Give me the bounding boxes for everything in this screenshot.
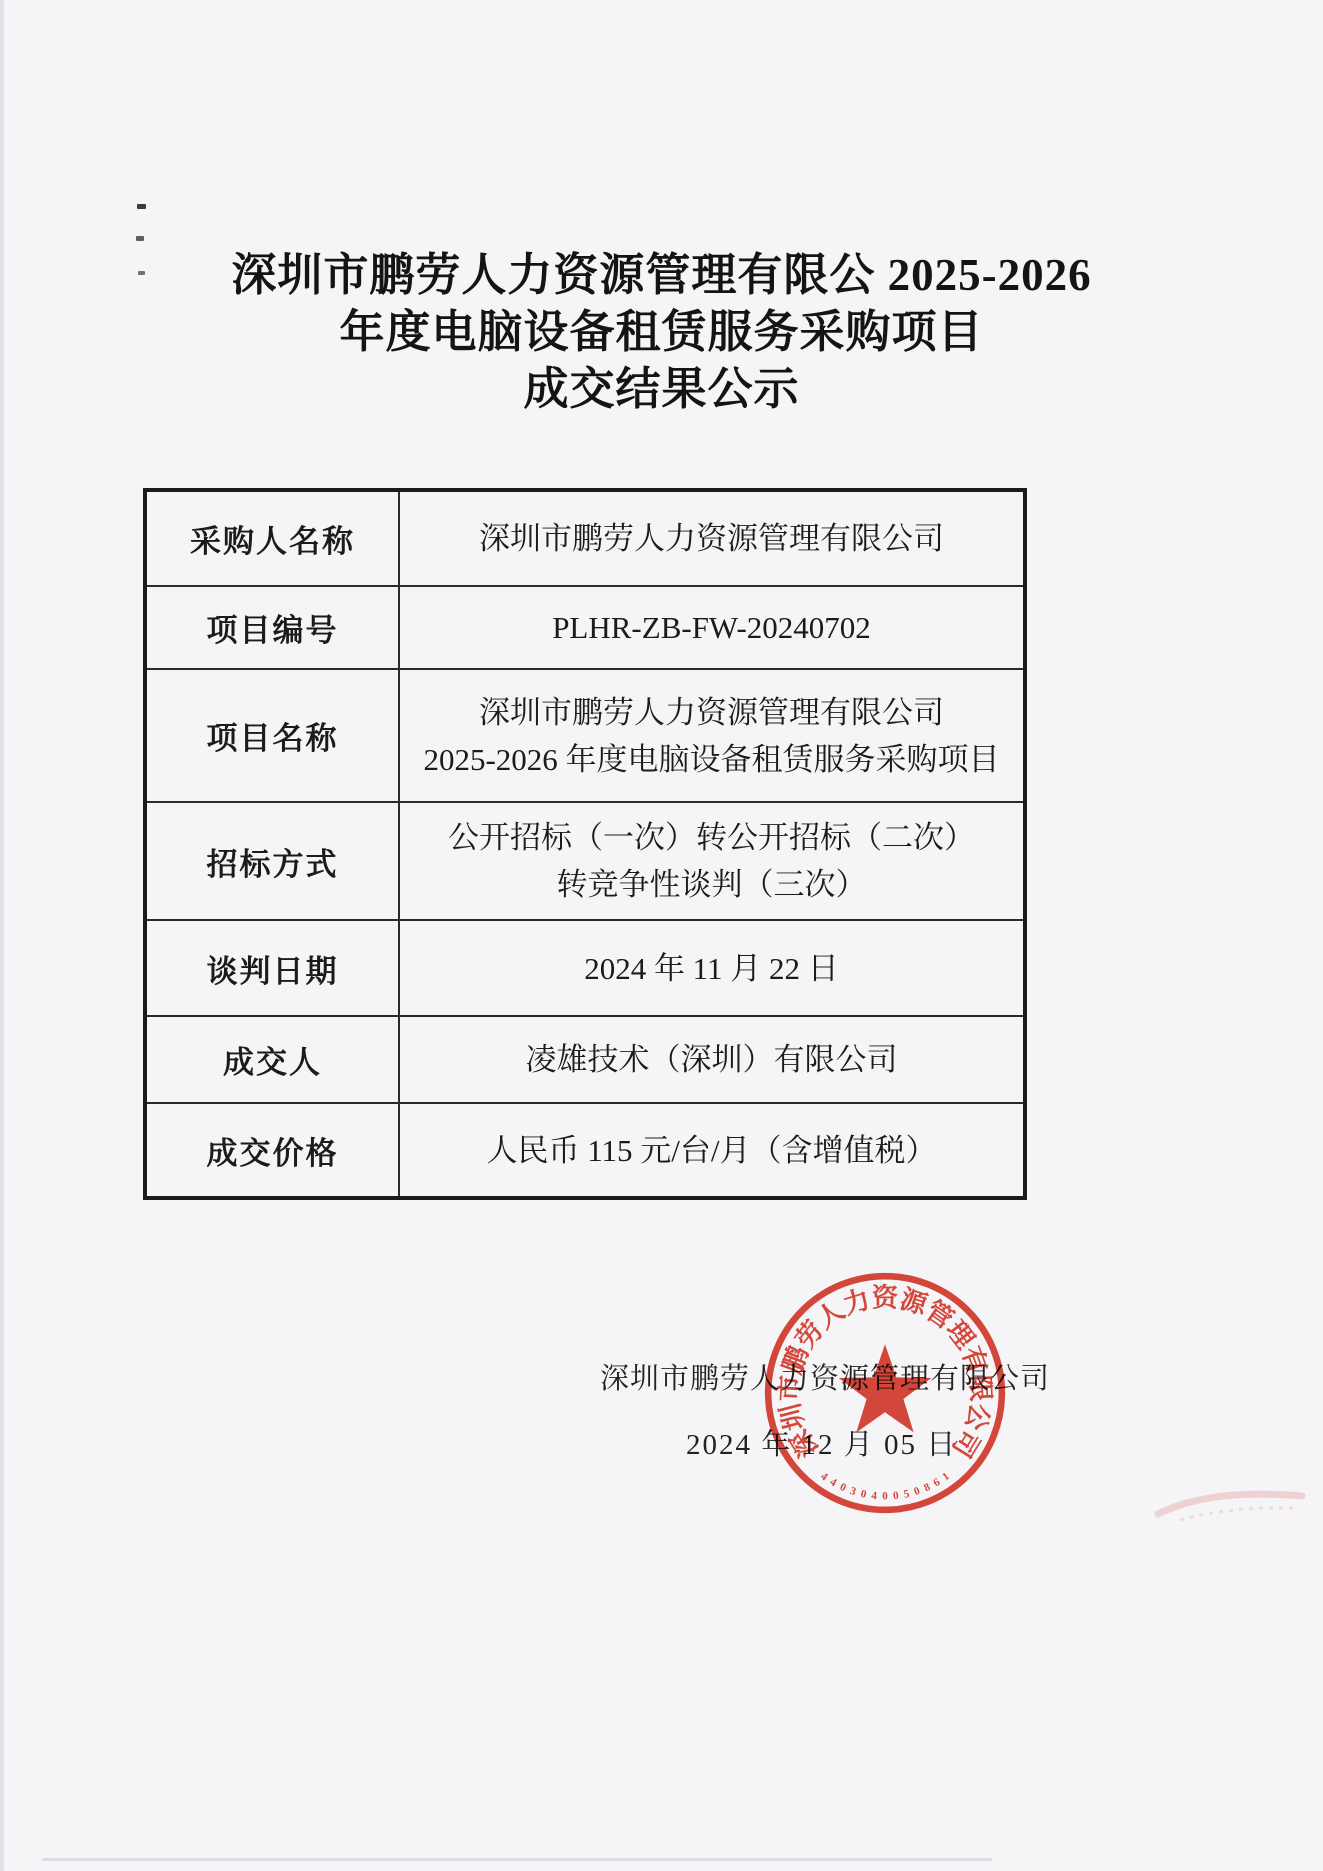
svg-text:8: 8 (922, 1481, 932, 1494)
value-line: 深圳市鹏劳人力资源管理有限公司 (479, 515, 944, 562)
row-label-purchaser: 采购人名称 (147, 492, 400, 585)
title-line-3: 成交结果公示 (0, 361, 1323, 418)
svg-text:0: 0 (859, 1488, 867, 1501)
value-line: 凌雄技术（深圳）有限公司 (526, 1036, 898, 1083)
value-line: 人民币 115 元/台/月（含增值税） (486, 1127, 936, 1174)
svg-text:1: 1 (940, 1470, 952, 1483)
svg-text:4: 4 (818, 1470, 830, 1483)
value-line: 2024 年 11 月 22 日 (584, 945, 839, 992)
svg-text:限: 限 (965, 1374, 996, 1402)
row-value-project-number: PLHR-ZB-FW-20240702 (400, 587, 1023, 668)
table-row: 采购人名称 深圳市鹏劳人力资源管理有限公司 (147, 492, 1023, 585)
table-row: 成交人 凌雄技术（深圳）有限公司 (147, 1015, 1023, 1102)
document-title: 深圳市鹏劳人力资源管理有限公 2025-2026 年度电脑设备租赁服务采购项目 … (0, 247, 1323, 418)
svg-text:0: 0 (892, 1490, 899, 1503)
table-row: 项目名称 深圳市鹏劳人力资源管理有限公司 2025-2026 年度电脑设备租赁服… (147, 668, 1023, 801)
row-value-negotiation-date: 2024 年 11 月 22 日 (400, 921, 1023, 1015)
row-label-bidding-method: 招标方式 (147, 803, 400, 919)
row-value-price: 人民币 115 元/台/月（含增值税） (400, 1104, 1023, 1196)
svg-text:0: 0 (882, 1491, 888, 1503)
row-value-project-name: 深圳市鹏劳人力资源管理有限公司 2025-2026 年度电脑设备租赁服务采购项目 (400, 670, 1023, 801)
row-label-project-name: 项目名称 (147, 670, 400, 801)
scan-speck (137, 204, 146, 209)
value-line: 2025-2026 年度电脑设备租赁服务采购项目 (423, 736, 999, 783)
row-label-price: 成交价格 (147, 1104, 400, 1196)
svg-text:0: 0 (912, 1485, 921, 1498)
svg-text:5: 5 (903, 1488, 911, 1501)
stamp-star (839, 1344, 932, 1432)
table-row: 招标方式 公开招标（一次）转公开招标（二次） 转竞争性谈判（三次） (147, 801, 1023, 919)
svg-text:3: 3 (848, 1485, 857, 1498)
row-label-winner: 成交人 (147, 1017, 400, 1102)
document-page: 深圳市鹏劳人力资源管理有限公 2025-2026 年度电脑设备租赁服务采购项目 … (0, 0, 1323, 1871)
scan-speck (136, 236, 144, 241)
row-value-winner: 凌雄技术（深圳）有限公司 (400, 1017, 1023, 1102)
row-value-purchaser: 深圳市鹏劳人力资源管理有限公司 (400, 492, 1023, 585)
svg-text:资: 资 (872, 1282, 899, 1312)
row-value-bidding-method: 公开招标（一次）转公开招标（二次） 转竞争性谈判（三次） (400, 803, 1023, 919)
value-line: 转竞争性谈判（三次） (557, 861, 867, 908)
scan-smudge (42, 1858, 992, 1861)
ink-smudge (1150, 1470, 1310, 1530)
svg-text:4: 4 (871, 1490, 878, 1503)
svg-text:4: 4 (828, 1476, 839, 1489)
value-line: PLHR-ZB-FW-20240702 (552, 604, 871, 651)
table-row: 成交价格 人民币 115 元/台/月（含增值税） (147, 1102, 1023, 1196)
table-row: 谈判日期 2024 年 11 月 22 日 (147, 919, 1023, 1015)
svg-text:市: 市 (774, 1374, 805, 1402)
row-label-project-number: 项目编号 (147, 587, 400, 668)
title-line-1: 深圳市鹏劳人力资源管理有限公 2025-2026 (0, 247, 1323, 304)
title-line-2: 年度电脑设备租赁服务采购项目 (0, 304, 1323, 361)
svg-text:6: 6 (931, 1476, 942, 1489)
value-line: 深圳市鹏劳人力资源管理有限公司 (479, 689, 944, 736)
table-row: 项目编号 PLHR-ZB-FW-20240702 (147, 585, 1023, 668)
svg-text:0: 0 (838, 1481, 848, 1494)
company-stamp: 深圳市鹏劳人力资源管理有限公司 4403040050861 (758, 1266, 1012, 1520)
value-line: 公开招标（一次）转公开招标（二次） (448, 814, 975, 861)
result-table: 采购人名称 深圳市鹏劳人力资源管理有限公司 项目编号 PLHR-ZB-FW-20… (143, 488, 1027, 1200)
row-label-negotiation-date: 谈判日期 (147, 921, 400, 1015)
